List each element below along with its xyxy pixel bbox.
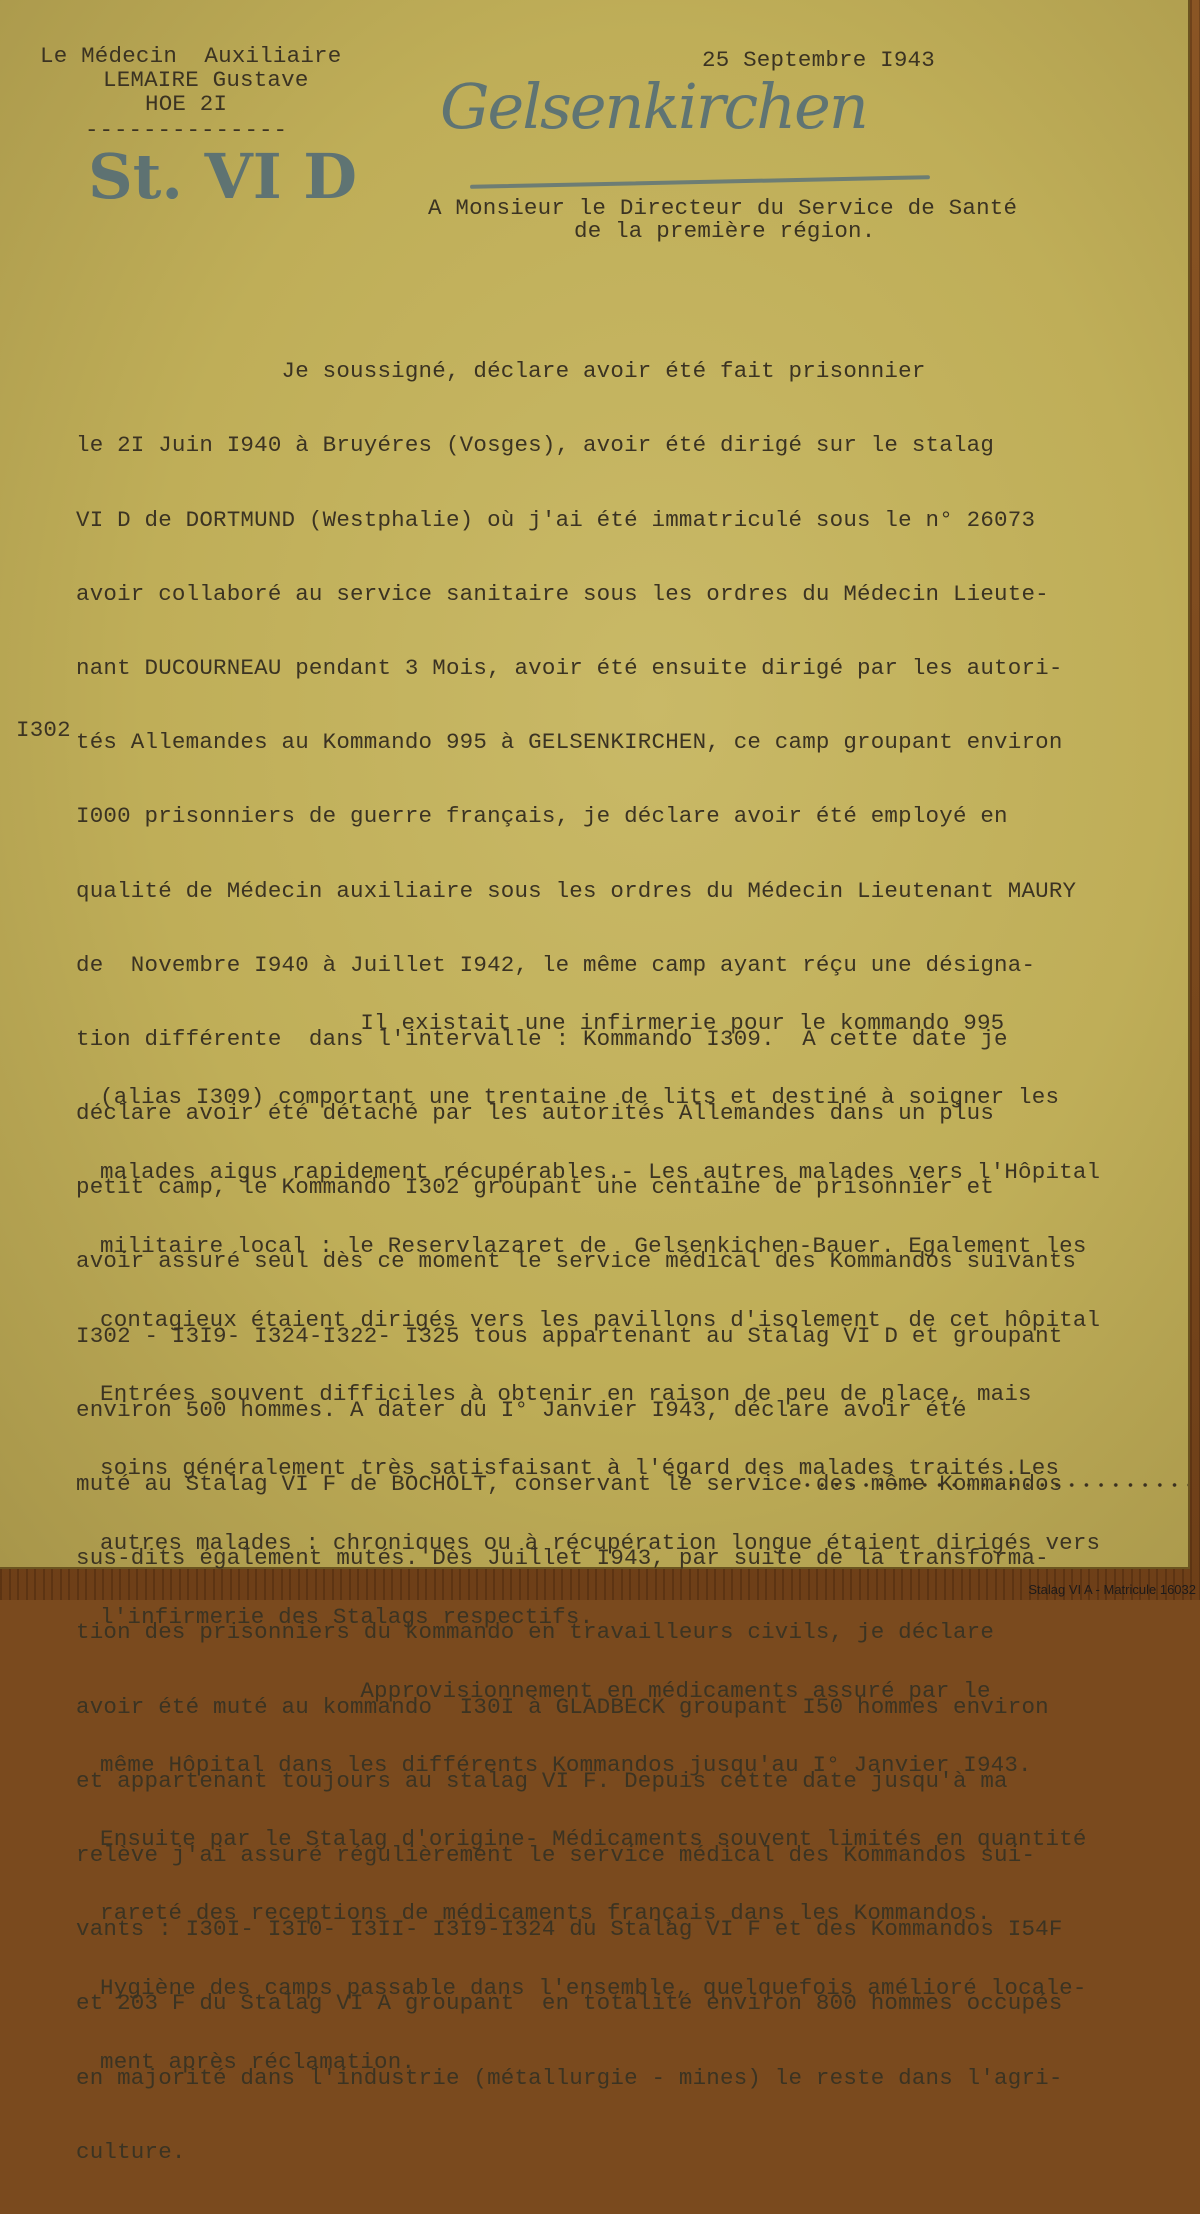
body-line: Il existait une infirmerie pour le komma… xyxy=(100,1011,1100,1036)
body-line: avoir collaboré au service sanitaire sou… xyxy=(76,582,1076,607)
body-line: autres malades : chroniques ou à récupér… xyxy=(100,1531,1100,1556)
body-line: VI D de DORTMUND (Westphalie) où j'ai ét… xyxy=(76,508,1076,533)
handwritten-place-name: Gelsenkirchen xyxy=(440,70,867,143)
recipient-line-2: de la première région. xyxy=(574,219,875,244)
handwritten-underline xyxy=(470,175,930,189)
body-line: Entrées souvent difficiles à obtenir en … xyxy=(100,1382,1100,1407)
recipient-line-1: A Monsieur le Directeur du Service de Sa… xyxy=(428,196,1017,221)
handwritten-stalag-mark: St. VI D xyxy=(88,140,357,213)
sender-separator: -------------- xyxy=(85,118,288,143)
sender-name: LEMAIRE Gustave xyxy=(103,68,309,93)
body-line: contagieux étaient dirigés vers les pavi… xyxy=(100,1308,1100,1333)
margin-note: I302 xyxy=(16,718,71,743)
body-line: tés Allemandes au Kommando 995 à GELSENK… xyxy=(76,730,1076,755)
body-line: I000 prisonniers de guerre français, je … xyxy=(76,804,1076,829)
sender-title: Le Médecin Auxiliaire xyxy=(40,44,341,69)
body-line: (alias I309) comportant une trentaine de… xyxy=(100,1085,1100,1110)
body-line: le 2I Juin I940 à Bruyéres (Vosges), avo… xyxy=(76,433,1076,458)
body-line: qualité de Médecin auxiliaire sous les o… xyxy=(76,879,1076,904)
image-caption: Stalag VI A - Matricule 16032 xyxy=(1028,1582,1196,1597)
document-page: Le Médecin Auxiliaire LEMAIRE Gustave HO… xyxy=(0,0,1190,1569)
body-line: soins généralement très satisfaisant à l… xyxy=(100,1456,1100,1481)
letter-date: 25 Septembre I943 xyxy=(702,48,935,73)
dotted-signature-line xyxy=(800,1483,1188,1487)
body-line: Je soussigné, déclare avoir été fait pri… xyxy=(76,359,1076,384)
body-line: nant DUCOURNEAU pendant 3 Mois, avoir ét… xyxy=(76,656,1076,681)
body-paragraph-2: Il existait une infirmerie pour le komma… xyxy=(100,962,1100,1600)
sender-unit: HOE 2I xyxy=(145,92,227,117)
body-line: militaire local : le Reservlazaret de Ge… xyxy=(100,1234,1100,1259)
body-line: malades aigus rapidement récupérables.- … xyxy=(100,1160,1100,1185)
